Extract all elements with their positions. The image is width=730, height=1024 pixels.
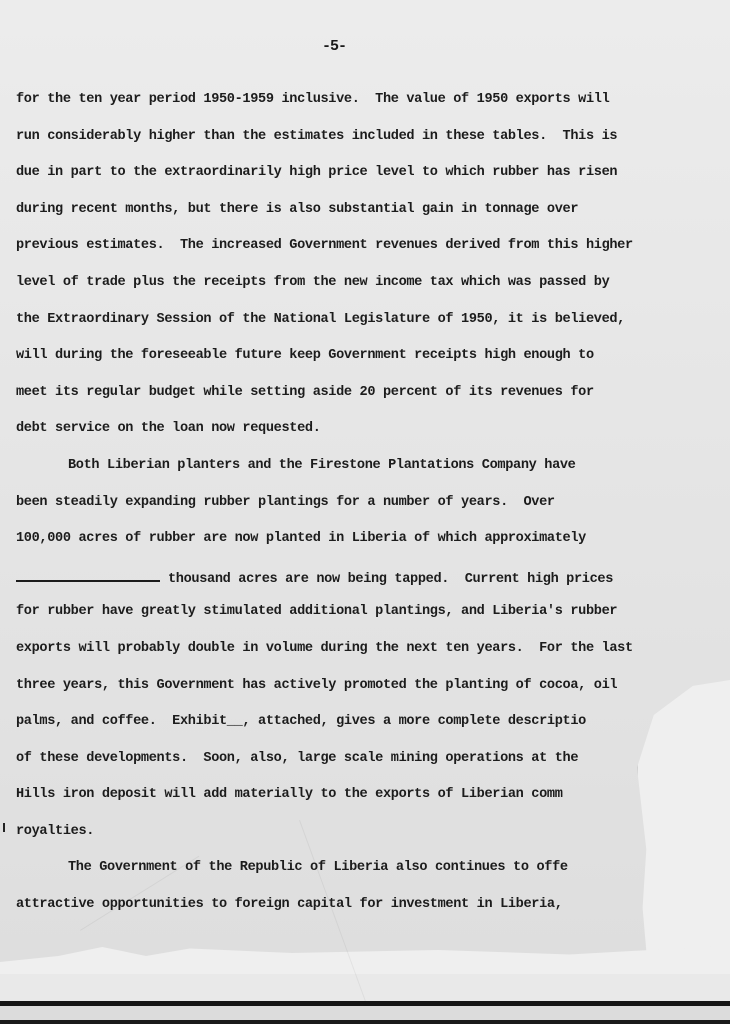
text-line: of these developments. Soon, also, large… [16,747,728,784]
text-line-remainder: thousand acres are now being tapped. Cur… [168,572,613,587]
text-line: level of trade plus the receipts from th… [16,271,728,308]
text-line: The Government of the Republic of Liberi… [16,856,728,893]
text-line: been steadily expanding rubber plantings… [16,491,728,528]
text-line: the Extraordinary Session of the Nationa… [16,308,728,345]
text-line: during recent months, but there is also … [16,198,728,235]
text-line: for the ten year period 1950-1959 inclus… [16,88,728,125]
text-line: will during the foreseeable future keep … [16,344,728,381]
text-line: Both Liberian planters and the Firestone… [16,454,728,491]
page-number: -5- [322,38,346,55]
margin-mark [3,823,5,832]
text-line: debt service on the loan now requested. [16,417,728,454]
text-line: attractive opportunities to foreign capi… [16,893,728,930]
text-line: due in part to the extraordinarily high … [16,161,728,198]
text-line: three years, this Government has activel… [16,674,728,711]
scanner-frame-band [0,1006,730,1020]
text-line: meet its regular budget while setting as… [16,381,728,418]
text-line: run considerably higher than the estimat… [16,125,728,162]
text-line: royalties. [16,820,728,857]
text-line: 100,000 acres of rubber are now planted … [16,527,728,564]
document-body: for the ten year period 1950-1959 inclus… [16,88,728,930]
text-line: Hills iron deposit will add materially t… [16,783,728,820]
text-line: previous estimates. The increased Govern… [16,234,728,271]
scanner-frame-edge-bottom [0,1020,730,1024]
text-line: for rubber have greatly stimulated addit… [16,600,728,637]
text-line: palms, and coffee. Exhibit__, attached, … [16,710,728,747]
text-line: exports will probably double in volume d… [16,637,728,674]
text-line-with-blank: thousand acres are now being tapped. Cur… [16,564,728,601]
blank-fill-in-field [16,564,160,582]
